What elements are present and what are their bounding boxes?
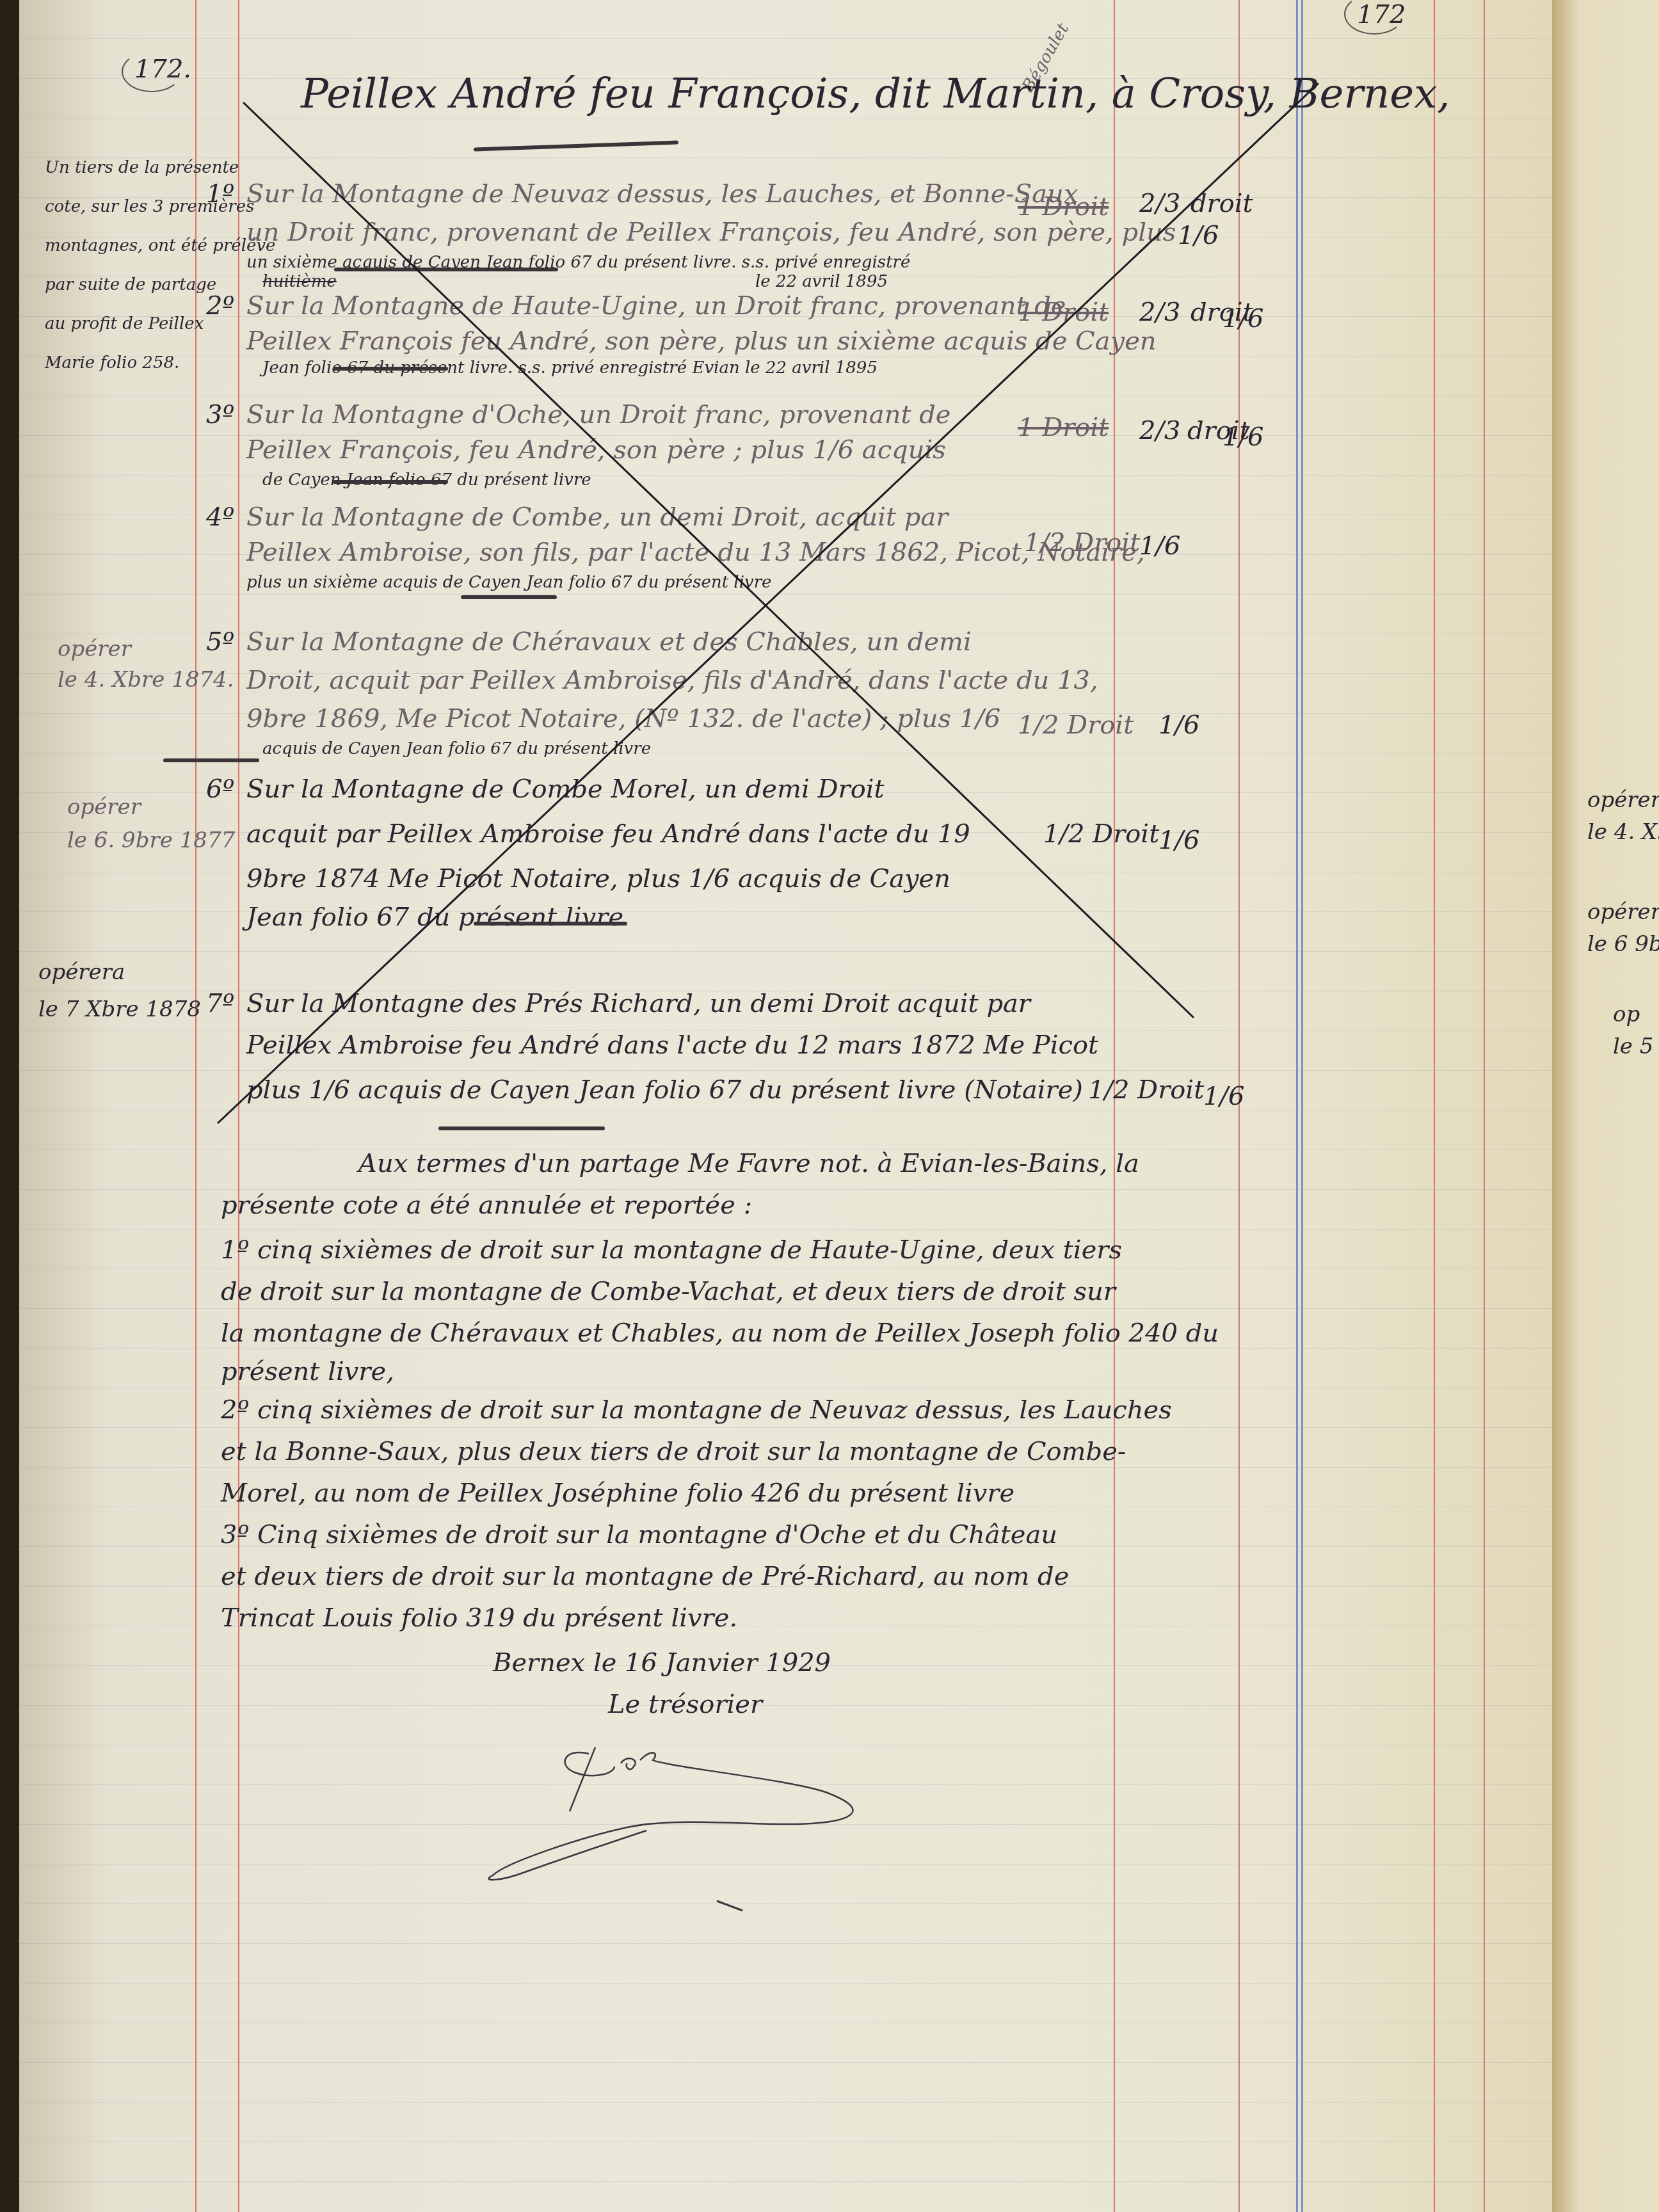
facing-note-line: opérer <box>1587 896 1659 928</box>
facing-note-line: opérer <box>1587 784 1659 816</box>
facing-margin-note: op le 5 <box>1613 998 1653 1062</box>
signatory-title: Le trésorier <box>608 1690 762 1719</box>
annotation-line: Morel, au nom de Peillex Joséphine folio… <box>221 1479 1014 1508</box>
annotation-line: 3º Cinq sixièmes de droit sur la montagn… <box>221 1520 1057 1550</box>
ledger-page: 172. 172 Bégoulet Peillex André feu Fran… <box>19 0 1552 2212</box>
place-date: Bernex le 16 Janvier 1929 <box>493 1648 831 1678</box>
facing-note-line: le 5 <box>1613 1030 1653 1062</box>
facing-note-line: le 4. Xbre <box>1587 816 1659 848</box>
annotation-line: et la Bonne-Saux, plus deux tiers de dro… <box>221 1437 1126 1466</box>
annotation-line: 2º cinq sixièmes de droit sur la montagn… <box>221 1395 1172 1425</box>
annotation-line: Aux termes d'un partage Me Favre not. à … <box>358 1149 1139 1178</box>
annotation-line: de droit sur la montagne de Combe-Vachat… <box>221 1277 1116 1306</box>
annotation-line: la montagne de Chéravaux et Chables, au … <box>221 1318 1219 1348</box>
annotation-line: présente cote a été annulée et reportée … <box>221 1190 752 1220</box>
facing-note-line: le 6 9bre <box>1587 928 1659 960</box>
facing-margin-note: opérer le 6 9bre <box>1587 896 1659 960</box>
signature <box>467 1728 1043 1920</box>
annotation-line: 1º cinq sixièmes de droit sur la montagn… <box>221 1235 1122 1265</box>
annotation-line: et deux tiers de droit sur la montagne d… <box>221 1562 1069 1591</box>
facing-margin-note: opérer le 4. Xbre <box>1587 784 1659 848</box>
facing-note-line: op <box>1613 998 1653 1030</box>
facing-page: opérer le 4. Xbre opérer le 6 9bre op le… <box>1552 0 1659 2212</box>
annotation-line: présent livre, <box>221 1357 394 1386</box>
annotation-line: Trincat Louis folio 319 du présent livre… <box>221 1603 737 1633</box>
